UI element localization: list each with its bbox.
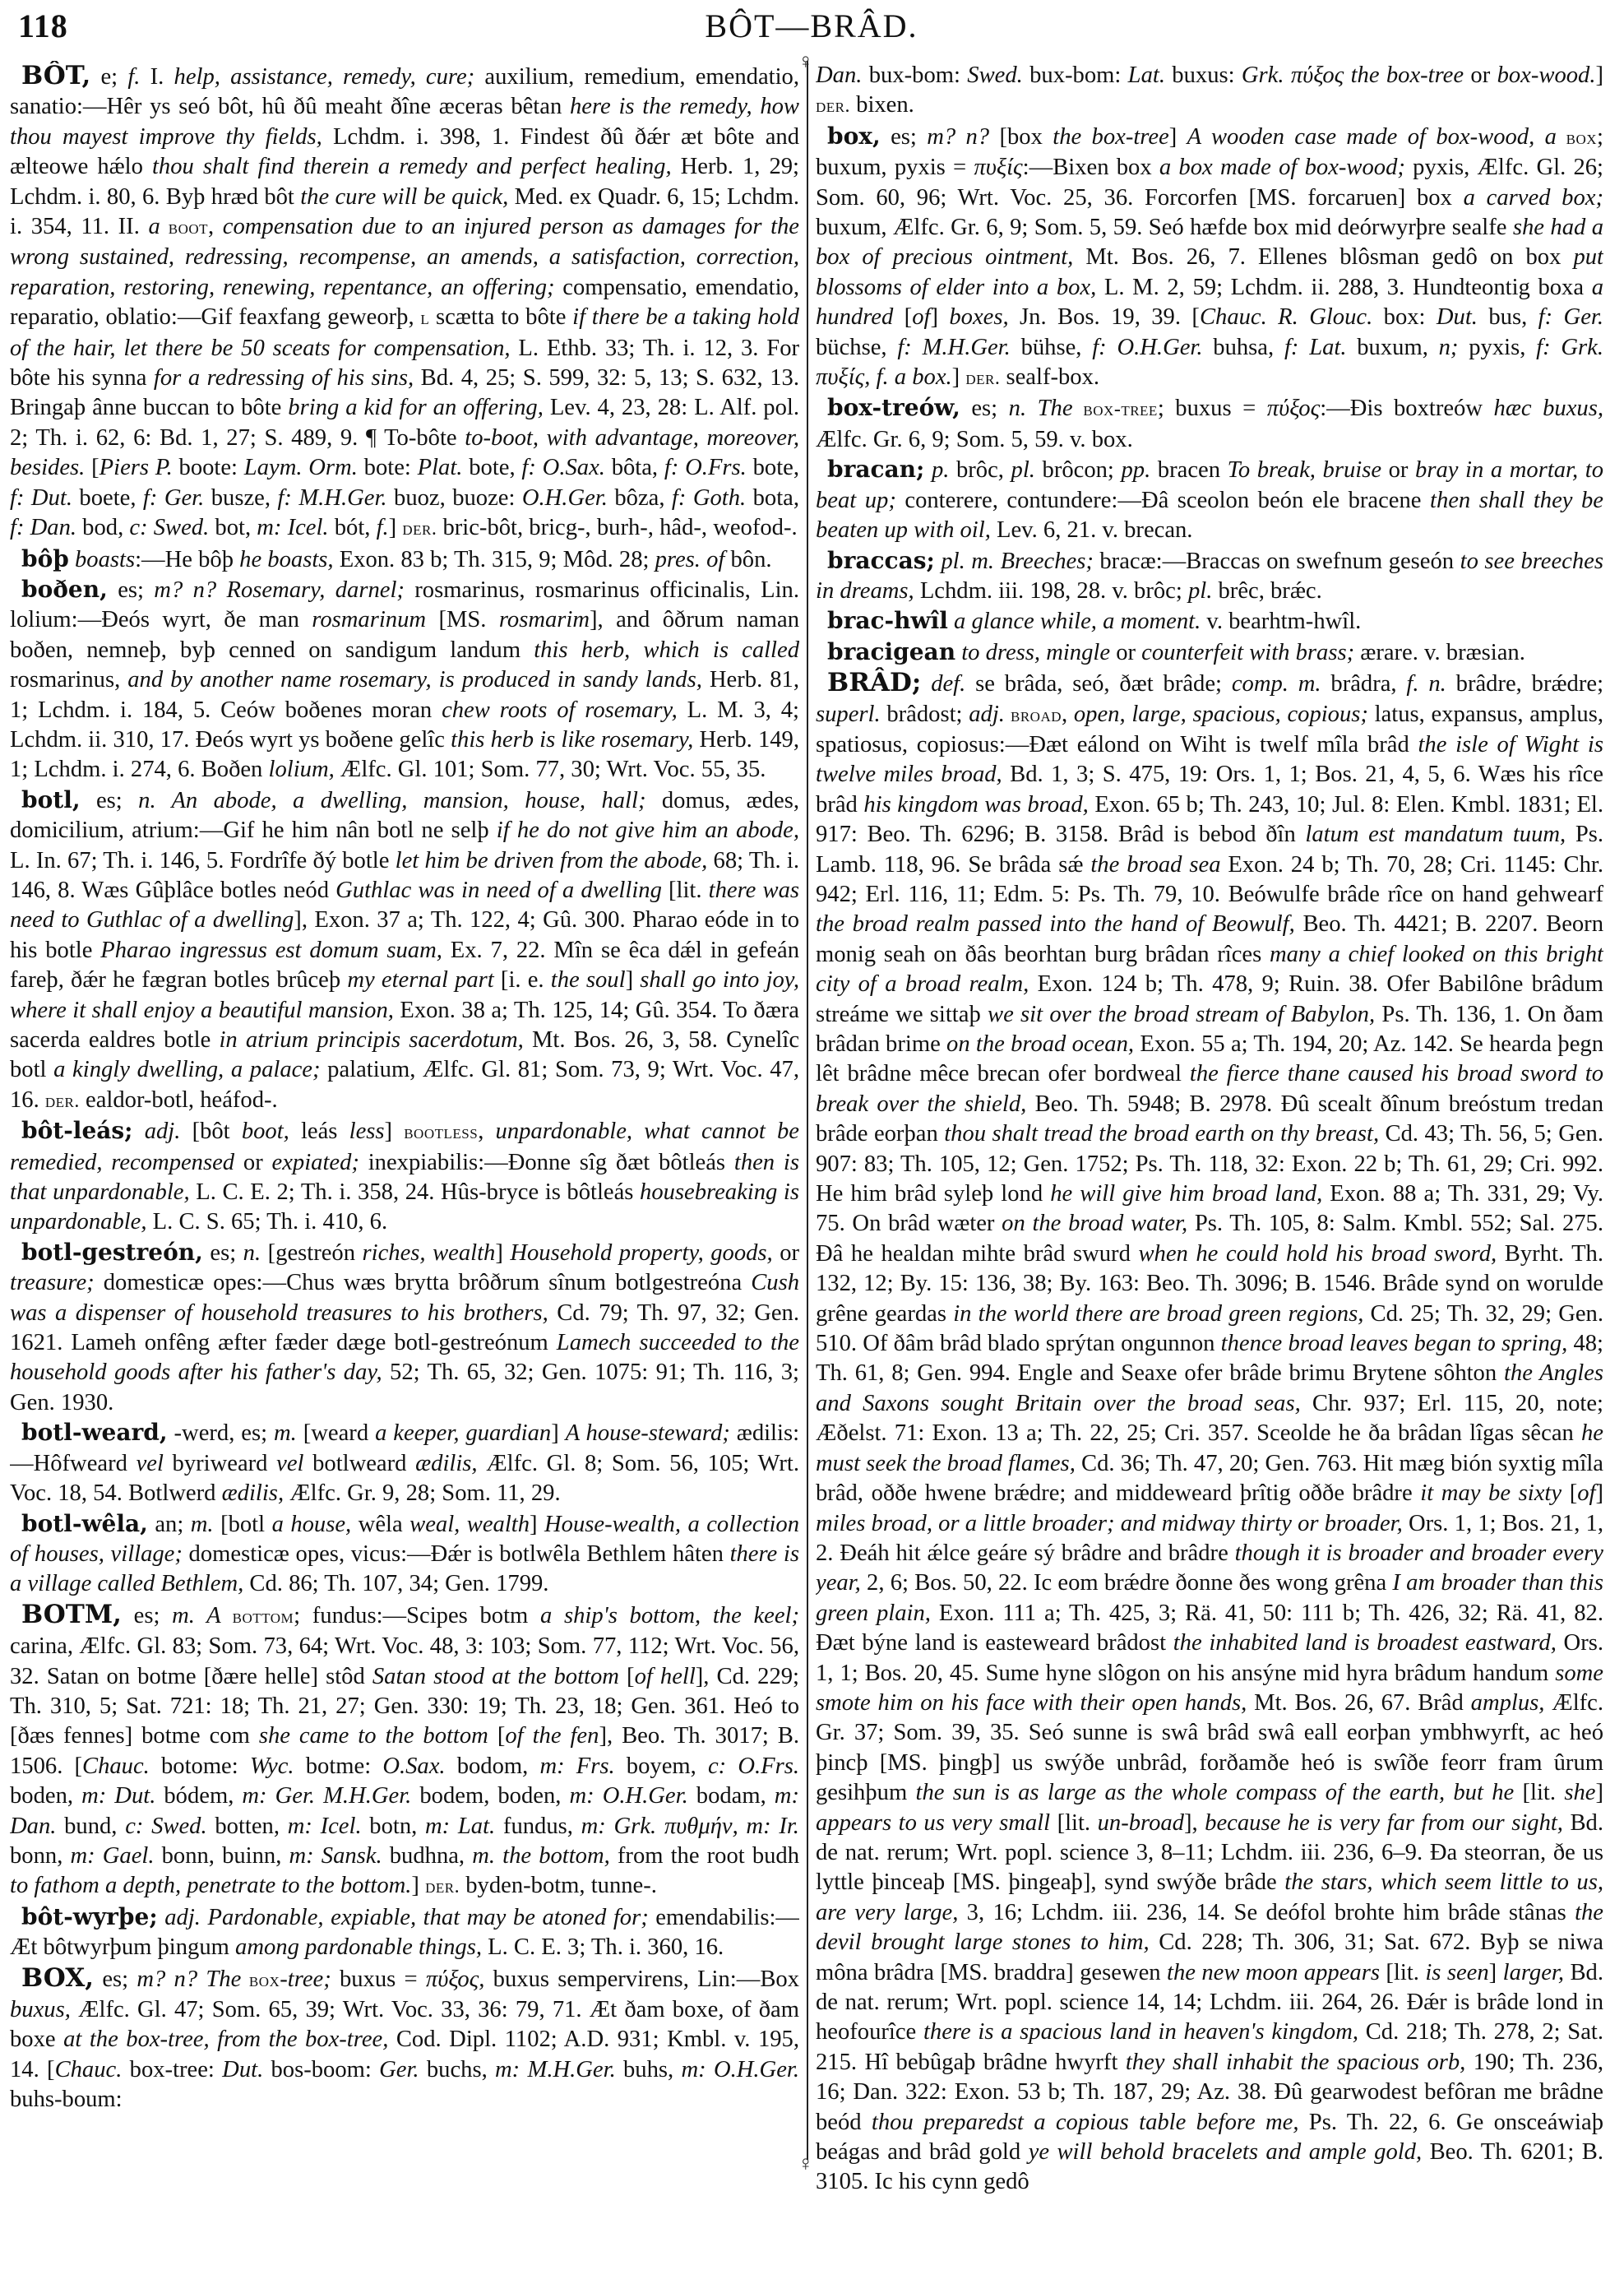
entry-text: [ xyxy=(1562,1480,1577,1506)
entry-headword: BRÂD; xyxy=(816,668,921,697)
italic-gloss: pl. xyxy=(1188,578,1212,604)
italic-gloss: πύξος xyxy=(1267,396,1320,421)
italic-gloss: the sun is as large as the whole compass… xyxy=(916,1780,1515,1805)
entry-text xyxy=(314,1843,322,1869)
italic-gloss: a carved box; xyxy=(1464,185,1603,211)
italic-gloss: lolium, xyxy=(269,757,335,782)
italic-gloss: open, large, spacious, copious; xyxy=(1074,702,1368,727)
italic-gloss: this herb, which is called xyxy=(534,637,799,663)
italic-gloss: ye will behold bracelets and ample gold, xyxy=(1029,2139,1423,2165)
entry-text xyxy=(157,485,164,511)
italic-gloss: m: xyxy=(775,1783,799,1809)
entry-text: [ xyxy=(85,455,99,480)
italic-gloss: adj. xyxy=(969,702,1005,727)
dictionary-entry: botl-wêla, an; m. [botl a house, wêla we… xyxy=(10,1509,799,1600)
italic-gloss: thou preparedst a copious table before m… xyxy=(872,2110,1299,2135)
entry-text: or xyxy=(773,1240,799,1266)
entry-text: bos-boom: xyxy=(263,2057,379,2082)
dictionary-entry: box, es; m? n? [box the box-tree] A wood… xyxy=(816,122,1603,394)
entry-text xyxy=(536,455,543,480)
italic-gloss: Swed. xyxy=(151,1814,207,1839)
entry-text: [box xyxy=(989,124,1053,150)
entry-text: brâdra, xyxy=(1321,671,1407,697)
entry-text: ] xyxy=(930,304,949,330)
entry-text: bot, xyxy=(209,515,257,540)
italic-gloss: latum est mandatum tuum, xyxy=(1305,822,1566,847)
dictionary-entry: BRÂD; def. se brâda, seó, ðæt brâde; com… xyxy=(816,668,1603,2198)
entry-text: bodem, boden, xyxy=(411,1783,569,1809)
italic-gloss: of the fen xyxy=(505,1723,599,1749)
entry-text: bracæ:—Braccas on swefnum geseón xyxy=(1094,549,1460,574)
italic-gloss: O.Sax. xyxy=(543,455,605,480)
small-caps-text: der. xyxy=(45,1091,80,1112)
italic-gloss: hæc buxus, xyxy=(1494,396,1603,421)
entry-text: bote, xyxy=(747,455,799,480)
entry-text: bodom, xyxy=(446,1753,540,1779)
italic-gloss: n. xyxy=(243,1240,261,1266)
entry-text: buoz, buoze: xyxy=(387,485,522,511)
italic-gloss: Chauc. xyxy=(55,2057,123,2082)
small-caps-text: der. xyxy=(402,518,437,540)
entry-text: [lit. xyxy=(1514,1780,1564,1805)
entry-text: ] xyxy=(1595,63,1603,88)
entry-text: ] xyxy=(952,364,966,390)
entry-headword: botl, xyxy=(10,786,81,813)
italic-gloss: Sansk. xyxy=(322,1843,382,1869)
entry-text: wêla xyxy=(351,1512,409,1537)
entry-text: Exon. 83 b; Th. 315, 9; Môd. 28; xyxy=(334,547,655,572)
italic-gloss: A house-steward; xyxy=(566,1420,730,1446)
entry-text xyxy=(24,515,30,540)
italic-gloss: when he could hold his broad sword, xyxy=(1138,1241,1497,1267)
small-caps-text: broad xyxy=(1005,705,1062,726)
italic-gloss: to fathom a depth, penetrate to the bott… xyxy=(10,1873,411,1898)
italic-gloss: buxus, xyxy=(10,1997,71,2022)
italic-gloss: superl. xyxy=(816,702,881,727)
italic-gloss: on the broad ocean, xyxy=(946,1031,1134,1057)
entry-text: box: xyxy=(1372,304,1437,330)
entry-text: buchs, xyxy=(419,2057,495,2082)
italic-gloss: f. xyxy=(127,64,140,90)
italic-gloss: Dan. xyxy=(816,63,862,88)
italic-gloss: m: xyxy=(539,1753,564,1779)
italic-gloss: we sit over the broad stream of Babylon, xyxy=(988,1002,1375,1027)
italic-gloss: to dress, mingle xyxy=(961,640,1110,665)
entry-text: -werd, es; xyxy=(168,1420,274,1446)
italic-gloss: the cure will be quick, xyxy=(300,184,508,210)
entry-text: bonn, buinn, xyxy=(155,1843,289,1869)
italic-gloss: f: xyxy=(10,485,24,511)
small-caps-text: bottom xyxy=(221,1606,294,1628)
entry-text: [bôt xyxy=(180,1119,241,1144)
entry-text: buxum, Ælfc. Gr. 6, 9; Som. 5, 59. Seó h… xyxy=(816,215,1513,240)
italic-gloss: πύξος, xyxy=(426,1967,485,1992)
entry-text: [gestreón xyxy=(261,1240,362,1266)
italic-gloss: Swed. xyxy=(967,63,1023,88)
entry-text xyxy=(595,1783,603,1809)
italic-gloss: pl. xyxy=(1011,457,1035,483)
entry-text: bonn, xyxy=(10,1843,70,1869)
small-caps-text: l xyxy=(420,308,429,329)
italic-gloss: f: xyxy=(672,485,686,511)
entry-text: 2, 6; Bos. 50, 22. Ic eom brǽdre ðonne ð… xyxy=(861,1570,1393,1596)
italic-gloss: adj. xyxy=(145,1119,181,1144)
italic-gloss: of hell xyxy=(635,1664,696,1689)
entry-headword: braccas; xyxy=(816,547,935,574)
italic-gloss: of xyxy=(1577,1480,1595,1506)
entry-text xyxy=(281,515,287,540)
italic-gloss: she xyxy=(1564,1780,1595,1805)
entry-text: bote: xyxy=(358,455,418,480)
italic-gloss: m: xyxy=(257,515,281,540)
entry-text: es; xyxy=(203,1240,243,1266)
entry-text: from the root budh xyxy=(610,1843,799,1869)
dictionary-entry: BOX, es; m? n? The box-tree; buxus = πύξ… xyxy=(10,1963,799,2115)
italic-gloss: p. xyxy=(932,457,949,483)
italic-gloss: larger, xyxy=(1503,1960,1564,1985)
italic-gloss: Dut. xyxy=(31,485,72,511)
entry-text: bôta, xyxy=(605,455,664,480)
italic-gloss: Goth. xyxy=(693,485,746,511)
italic-gloss: Lat. xyxy=(1309,335,1346,360)
italic-gloss: f. xyxy=(377,515,389,540)
small-caps-text: der. xyxy=(816,95,850,117)
entry-text: L. In. 67; Th. i. 146, 5. Fordrîfe ðý bo… xyxy=(10,848,396,873)
entry-text: es; xyxy=(960,396,1009,421)
entry-text: buxus = xyxy=(331,1967,426,1992)
entry-text: bracen xyxy=(1150,457,1227,483)
entry-text xyxy=(1551,335,1562,360)
entry-text: Cd. 86; Th. 107, 34; Gen. 1799. xyxy=(243,1571,548,1596)
entry-text: [lit. xyxy=(1380,1960,1425,1985)
entry-text: ] xyxy=(1595,1480,1603,1506)
entry-text xyxy=(706,2057,714,2082)
entry-text: Jn. Bos. 19, 39. [ xyxy=(1009,304,1200,330)
italic-gloss: in atrium principis sacerdotum, xyxy=(219,1027,523,1053)
entry-text xyxy=(921,671,931,697)
entry-headword: botl-wêla, xyxy=(10,1510,148,1537)
italic-gloss: m? n? xyxy=(927,124,989,150)
italic-gloss: there is a spacious land in heaven's kin… xyxy=(923,2019,1358,2045)
entry-text: botme: xyxy=(294,1753,383,1779)
entry-headword: bracigean xyxy=(816,638,955,665)
italic-gloss: f: xyxy=(10,515,24,540)
entry-text: leás xyxy=(289,1119,349,1144)
entry-text: boden, xyxy=(10,1783,81,1809)
entry-text xyxy=(565,1753,576,1779)
entry-text: L. C. E. 2; Th. i. 358, 24. Hûs-bryce is… xyxy=(190,1179,640,1205)
entry-text: sealf-box. xyxy=(1000,364,1099,390)
dictionary-entry: BOTM, es; m. A bottom; fundus:—Scipes bo… xyxy=(10,1600,799,1902)
italic-gloss: the broad realm passed into the hand of … xyxy=(816,911,1295,937)
italic-gloss: n; xyxy=(1439,335,1459,360)
entry-headword: box-treów, xyxy=(816,394,960,421)
italic-gloss: O.Frs. xyxy=(685,455,747,480)
column-divider xyxy=(807,61,808,2160)
entry-text: buxus: xyxy=(1165,63,1242,88)
entry-text: botome: xyxy=(150,1753,250,1779)
italic-gloss: rosmarinum xyxy=(312,607,426,632)
entry-text xyxy=(267,1783,275,1809)
italic-gloss: m: xyxy=(288,1814,312,1839)
italic-gloss: n. An abode, a dwelling, mansion, house,… xyxy=(138,788,645,813)
entry-text: or xyxy=(1381,457,1415,483)
entry-text: bôza, xyxy=(608,485,672,511)
entry-text: brôc, xyxy=(949,457,1011,483)
italic-gloss: M.H.Ger. xyxy=(298,485,386,511)
entry-text: büchse, xyxy=(816,335,897,360)
dictionary-entry: box-treów, es; n. The box-tree; buxus = … xyxy=(816,393,1603,455)
dictionary-entry: Dan. bux-bom: Swed. bux-bom: Lat. buxus:… xyxy=(816,61,1603,122)
entry-text: ærare. v. bræsian. xyxy=(1354,640,1525,665)
dictionary-entry: bôt-leás; adj. [bôt boot, leás less] boo… xyxy=(10,1116,799,1238)
italic-gloss: -tree; xyxy=(280,1967,331,1992)
entry-text: es; xyxy=(81,788,139,813)
page-header: 118 BÔT—BRÂD. xyxy=(18,7,1605,56)
entry-text: bódem, xyxy=(155,1783,242,1809)
italic-gloss: m. the bottom, xyxy=(472,1843,610,1869)
entry-text: domesticæ opes:—Chus wæs brytta brôðrum … xyxy=(95,1270,752,1295)
entry-text: [ xyxy=(619,1664,635,1689)
italic-gloss: of xyxy=(912,304,930,330)
italic-gloss: a ship's bottom, the keel; xyxy=(540,1603,799,1628)
entry-text xyxy=(1298,335,1309,360)
entry-headword: bôt-leás; xyxy=(10,1117,133,1144)
entry-text: Ælfc. Gr. 9, 28; Som. 11, 29. xyxy=(284,1480,561,1506)
italic-gloss: m. xyxy=(191,1512,214,1537)
entry-text: ] xyxy=(626,967,641,993)
entry-text: byden-botm, tunne-. xyxy=(460,1873,657,1898)
entry-text: buhs-boum: xyxy=(10,2087,123,2112)
italic-gloss: he boasts, xyxy=(239,547,333,572)
entry-text: ] xyxy=(389,515,403,540)
entry-text xyxy=(520,2057,527,2082)
entry-text: [ xyxy=(488,1723,506,1749)
italic-gloss: the inhabited land is broadest eastward, xyxy=(1173,1630,1557,1656)
entry-text: or xyxy=(1464,63,1497,88)
entry-text: botn, xyxy=(362,1814,425,1839)
italic-gloss: let him be driven from the abode, xyxy=(396,848,708,873)
italic-gloss: a xyxy=(148,214,160,239)
entry-headword: bôþ xyxy=(10,545,69,572)
entry-text: box-tree: xyxy=(122,2057,222,2082)
italic-gloss: Ger. xyxy=(379,2057,419,2082)
italic-gloss: Dut. xyxy=(222,2057,263,2082)
entry-text: inexpiabilis:—Ðonne sîg ðæt bôtleás xyxy=(359,1150,734,1175)
italic-gloss: f. n. xyxy=(1406,671,1446,697)
entry-text: busze, xyxy=(204,485,277,511)
entry-text xyxy=(912,335,923,360)
entry-text: :—Bixen box xyxy=(1023,155,1159,180)
entry-text xyxy=(606,1814,614,1839)
italic-gloss: Ger. xyxy=(1564,304,1603,330)
dictionary-entry: botl, es; n. An abode, a dwelling, mansi… xyxy=(10,785,799,1116)
entry-text: [MS. xyxy=(426,607,499,632)
italic-gloss: a keeper, guardian xyxy=(375,1420,551,1446)
entry-text: budhna, xyxy=(382,1843,473,1869)
entry-text: brâdre, brǽdre; xyxy=(1446,671,1603,697)
italic-gloss: O.H.Ger. xyxy=(714,2057,799,2082)
italic-gloss: O.Frs. xyxy=(738,1753,799,1779)
entry-text: es; xyxy=(94,1967,136,1992)
italic-gloss: Laym. Orm. xyxy=(244,455,358,480)
entry-text: boete, xyxy=(72,485,143,511)
italic-gloss: Dan. xyxy=(30,515,76,540)
entry-text: bót, xyxy=(329,515,377,540)
italic-gloss: they shall inhabit the spacious orb, xyxy=(1126,2050,1465,2075)
italic-gloss: at the box-tree, from the box-tree, xyxy=(63,2027,388,2052)
entry-headword: BOTM, xyxy=(10,1600,122,1629)
italic-gloss: ædilis, xyxy=(222,1480,284,1506)
entry-text: L. M. 2, 59; Lchdm. ii. 288, 3. Hundteon… xyxy=(1096,275,1591,300)
entry-text: :—Ðis boxtreów xyxy=(1320,396,1493,421)
entry-text: bixen. xyxy=(850,92,914,118)
italic-gloss: riches, wealth xyxy=(363,1240,496,1266)
italic-gloss: πυξίς xyxy=(974,155,1022,180)
italic-gloss: f: xyxy=(897,335,911,360)
entry-text: Ælfc. Gl. 101; Som. 77, 30; Wrt. Voc. 55… xyxy=(335,757,766,782)
italic-gloss: m: xyxy=(495,2057,520,2082)
entry-text: bus, xyxy=(1478,304,1538,330)
entry-text xyxy=(726,1753,738,1779)
entry-text: [i. e. xyxy=(494,967,551,993)
entry-text: boote: xyxy=(173,455,244,480)
italic-gloss: m. xyxy=(274,1420,297,1446)
italic-gloss: the box-tree xyxy=(1053,124,1169,150)
entry-text: bux-bom: xyxy=(862,63,967,88)
italic-gloss: rosmarim xyxy=(499,607,590,632)
entry-text: buhsa, xyxy=(1203,335,1284,360)
italic-gloss: his kingdom was broad, xyxy=(863,792,1088,818)
dictionary-entry: bôþ boasts:—He bôþ he boasts, Exon. 83 b… xyxy=(10,544,799,575)
italic-gloss: m: xyxy=(581,1814,606,1839)
italic-gloss: Grk. πύξος the box-tree xyxy=(1242,63,1464,88)
italic-gloss: in the world there are broad green regio… xyxy=(953,1301,1363,1327)
italic-gloss: Dut. xyxy=(114,1783,155,1809)
small-caps-text: boot xyxy=(160,217,208,239)
entry-text: es; xyxy=(108,577,154,603)
entry-text: L. C. S. 65; Th. i. 410, 6. xyxy=(147,1209,388,1235)
entry-text xyxy=(95,1843,103,1869)
italic-gloss: Dan. xyxy=(10,1814,56,1839)
dictionary-entry: braccas; pl. m. Breeches; bracæ:—Braccas… xyxy=(816,546,1603,607)
entry-text: bund, xyxy=(56,1814,125,1839)
small-caps-text: bootless xyxy=(404,1122,478,1143)
italic-gloss: Icel. xyxy=(288,515,329,540)
dictionary-entry: botl-gestreón, es; n. [gestreón riches, … xyxy=(10,1238,799,1418)
italic-gloss: Wyc. xyxy=(250,1753,294,1779)
entry-text: ] xyxy=(411,1873,425,1898)
italic-gloss: Ir. xyxy=(779,1814,799,1839)
small-caps-text: box xyxy=(241,1970,280,1991)
italic-gloss: M.H.Ger. xyxy=(528,2057,616,2082)
entry-text: I. xyxy=(140,64,174,90)
entry-text: brâdost; xyxy=(881,702,969,727)
italic-gloss: Household property, goods, xyxy=(510,1240,772,1266)
italic-gloss: O.H.Ger. xyxy=(522,485,608,511)
small-caps-text: box-tree xyxy=(1073,399,1158,420)
italic-gloss: m. A xyxy=(172,1603,220,1628)
italic-gloss: because he is very far from our sight, xyxy=(1205,1810,1563,1836)
italic-gloss: boot, xyxy=(242,1119,289,1144)
italic-gloss: she came to the bottom xyxy=(259,1723,488,1749)
italic-gloss: Piers P. xyxy=(99,455,173,480)
italic-gloss: less xyxy=(349,1119,385,1144)
entry-text xyxy=(771,1814,780,1839)
italic-gloss: f: xyxy=(1538,304,1552,330)
dictionary-entry: botl-weard, -werd, es; m. [weard a keepe… xyxy=(10,1418,799,1508)
entry-text: botlweard xyxy=(303,1451,415,1476)
entry-text: ealdor-botl, heáfod-. xyxy=(80,1087,278,1113)
italic-gloss: f: xyxy=(1284,335,1298,360)
italic-gloss: weal, wealth xyxy=(409,1512,530,1537)
italic-gloss: m: xyxy=(569,1783,594,1809)
right-column: Dan. bux-bom: Swed. bux-bom: Lat. buxus:… xyxy=(816,61,1603,2232)
entry-text: Mt. Bos. 26, 67. Brâd xyxy=(1247,1690,1470,1716)
entry-text: , xyxy=(1062,702,1074,727)
italic-gloss: the soul xyxy=(551,967,626,993)
entry-text: fundus, xyxy=(495,1814,581,1839)
italic-gloss: m: xyxy=(425,1814,450,1839)
italic-gloss: Icel. xyxy=(321,1814,362,1839)
bottom-fleuron-icon: ♀ xyxy=(798,2153,814,2175)
entry-text: domesticæ opes, vicus:—Ðǽr is botlwêla B… xyxy=(183,1541,730,1567)
entry-text: es; xyxy=(881,124,928,150)
italic-gloss: c: xyxy=(708,1753,726,1779)
italic-gloss: the new moon appears xyxy=(1167,1960,1380,1985)
italic-gloss: Satan stood at the bottom xyxy=(372,1664,619,1689)
left-column: BÔT, e; f. I. help, assistance, remedy, … xyxy=(10,61,799,2232)
entry-text: bota, xyxy=(746,485,799,511)
entry-text: L. C. E. 3; Th. i. 360, 16. xyxy=(482,1934,724,1960)
entry-text xyxy=(450,1814,458,1839)
entry-text xyxy=(69,547,75,572)
italic-gloss: Grk. πυθμήν, m: xyxy=(614,1814,771,1839)
entry-text: bühse, xyxy=(1011,335,1092,360)
italic-gloss: Swed. xyxy=(154,515,210,540)
italic-gloss: Ger. xyxy=(164,485,204,511)
italic-gloss: the broad sea xyxy=(1090,852,1220,878)
entry-text xyxy=(1552,304,1563,330)
entry-text: :—He bôþ xyxy=(135,547,239,572)
top-fleuron-icon: ♀ xyxy=(798,51,814,72)
italic-gloss: n. The xyxy=(1009,396,1073,421)
italic-gloss: and by another name rosemary, is produce… xyxy=(127,667,702,693)
italic-gloss: Guthlac was in need of a dwelling xyxy=(335,878,662,903)
entry-text xyxy=(158,1905,165,1930)
entry-text: conterere, contundere:—Ðâ sceolon beón e… xyxy=(896,488,1430,513)
entry-headword: BOX, xyxy=(10,1963,94,1993)
entry-text: bux-bom: xyxy=(1023,63,1128,88)
italic-gloss: O.Sax. xyxy=(382,1753,445,1779)
entry-text: Ælfc. Gr. 6, 9; Som. 5, 59. v. box. xyxy=(816,427,1133,452)
entry-text: [weard xyxy=(297,1420,375,1446)
italic-gloss: Gael. xyxy=(103,1843,155,1869)
entry-text: bric-bôt, bricg-, burh-, hâd-, weofod-. xyxy=(437,515,797,540)
italic-gloss: vel xyxy=(136,1451,164,1476)
italic-gloss: Plat. xyxy=(418,455,463,480)
italic-gloss: comp. m. xyxy=(1232,671,1321,697)
italic-gloss: f: xyxy=(143,485,157,511)
dictionary-entry: BÔT, e; f. I. help, assistance, remedy, … xyxy=(10,61,799,544)
entry-text: ; buxus = xyxy=(1158,396,1267,421)
italic-gloss: my eternal part xyxy=(347,967,493,993)
italic-gloss: box-wood. xyxy=(1497,63,1596,88)
italic-gloss: f: xyxy=(664,455,678,480)
entry-text: rosmarinus, xyxy=(10,667,127,693)
entry-headword: bôt-wyrþe; xyxy=(10,1903,158,1930)
italic-gloss: thou shalt tread the broad earth on thy … xyxy=(944,1121,1379,1147)
